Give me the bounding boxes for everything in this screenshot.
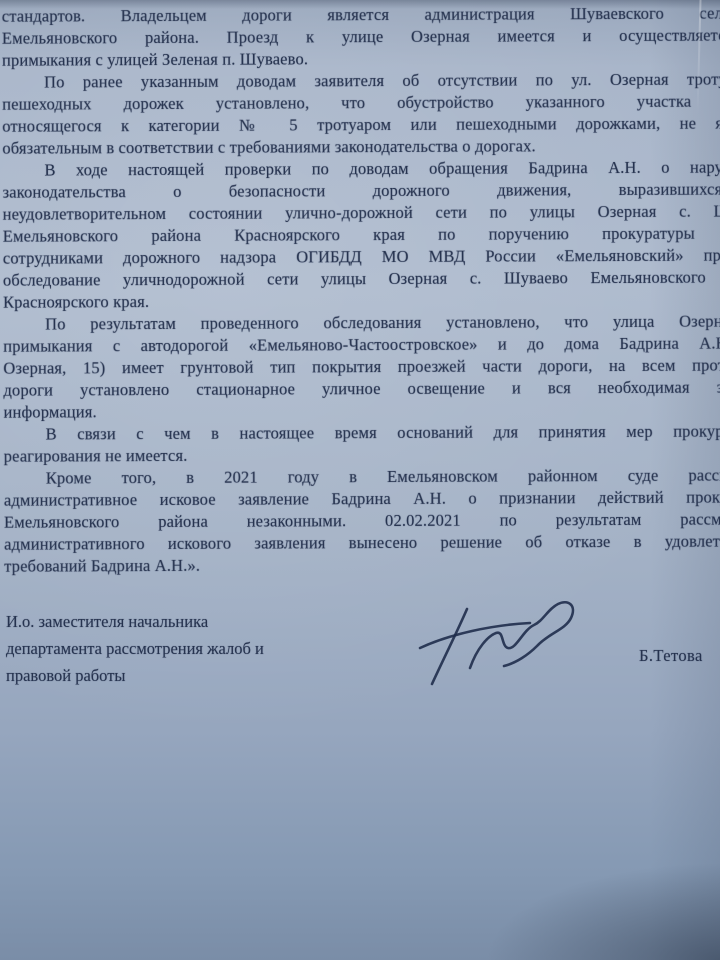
handwritten-signature-icon [416, 588, 606, 696]
text-line: По ранее указанным доводам заявителя об … [2, 68, 720, 93]
text-line: Емельяновского района. Проезд к улице Оз… [2, 24, 720, 49]
text-line: пешеходных дорожек установлено, что обус… [2, 90, 720, 115]
text-line: требований Бадрина А.Н.». [4, 552, 720, 577]
letter-body-text: стандартов. Владельцем дороги является а… [2, 2, 720, 577]
signatory-title-line: правовой работы [6, 662, 386, 689]
document-photo: стандартов. Владельцем дороги является а… [0, 0, 720, 960]
text-line: стандартов. Владельцем дороги является а… [2, 2, 720, 27]
text-line: реагирования не имеется. [4, 442, 720, 467]
text-line: законодательства о безопасности дорожног… [3, 178, 720, 203]
text-line: Емельяновского района Красноярского края… [3, 222, 720, 247]
text-line: В ходе настоящей проверки по доводам обр… [2, 156, 720, 181]
signatory-title-line: И.о. заместителя начальника [6, 608, 386, 635]
signatory-name: Б.Тетова [639, 646, 720, 666]
text-line: административного искового заявления вын… [4, 530, 720, 555]
text-line: административное исковое заявление Бадри… [4, 486, 720, 511]
text-line: Кроме того, в 2021 году в Емельяновском … [4, 464, 720, 489]
text-line: Красноярского края. [3, 288, 720, 313]
signatory-title-line: департамента рассмотрения жалоб и [6, 635, 386, 662]
text-line: сотрудниками дорожного надзора ОГИБДД МО… [3, 244, 720, 269]
text-line: дороги установлено стационарное уличное … [3, 376, 720, 401]
text-line: Озерная, 15) имеет грунтовой тип покрыти… [3, 354, 720, 379]
text-line: обследование уличнодорожной сети улицы О… [3, 266, 720, 291]
text-line: информация. [3, 398, 720, 423]
text-line: Емельяновского района незаконными. 02.02… [4, 508, 720, 533]
text-line: В связи с чем в настоящее время основани… [4, 420, 720, 445]
text-line: примыкания с улицей Зеленая п. Шуваево. [2, 46, 720, 71]
text-line: относящегося к категории № 5 тротуаром и… [2, 112, 720, 137]
signatory-title-block: И.о. заместителя начальникадепартамента … [6, 608, 386, 689]
text-line: неудовлетворительном состоянии улично-до… [3, 200, 720, 225]
text-line: По результатам проведенного обследования… [3, 310, 720, 335]
text-line: обязательным в соответствии с требования… [2, 134, 720, 159]
text-line: примыкания с автодорогой «Емельяново-Час… [3, 332, 720, 357]
